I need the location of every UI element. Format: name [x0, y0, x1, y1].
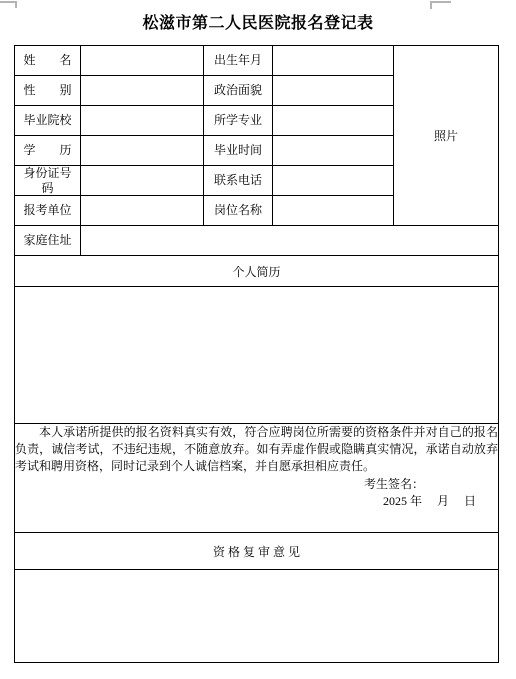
major-label: 所学专业 — [204, 106, 273, 136]
table-row: 本人承诺所提供的报名资料真实有效，符合应聘岗位所需要的资格条件并对自己的报名负责… — [15, 424, 499, 533]
education-value-cell[interactable] — [81, 136, 204, 166]
graduation-school-value-cell[interactable] — [81, 106, 204, 136]
qualification-review-input-area[interactable] — [15, 570, 499, 663]
table-row — [15, 287, 499, 424]
id-number-value-cell[interactable] — [81, 166, 204, 196]
political-status-label: 政治面貌 — [204, 76, 273, 106]
signature-date-line: 2025 年 月 日 — [15, 493, 498, 510]
application-unit-label: 报考单位 — [15, 196, 81, 226]
text-boundary-mark-left — [0, 1, 17, 8]
resume-section-header: 个人简历 — [15, 256, 499, 287]
table-row: 个人简历 — [15, 256, 499, 287]
table-row — [15, 570, 499, 663]
form-title: 松滋市第二人民医院报名登记表 — [0, 13, 516, 35]
gender-label: 性 别 — [15, 76, 81, 106]
qualification-review-header: 资 格 复 审 意 见 — [15, 533, 499, 570]
document-page: 松滋市第二人民医院报名登记表 姓 名 出生年月 照片 性 别 政治面貌 毕业院校… — [0, 0, 516, 679]
graduation-time-label: 毕业时间 — [204, 136, 273, 166]
home-address-value-cell[interactable] — [81, 226, 499, 256]
position-name-value-cell[interactable] — [273, 196, 394, 226]
position-name-label: 岗位名称 — [204, 196, 273, 226]
phone-label: 联系电话 — [204, 166, 273, 196]
birth-date-value-cell[interactable] — [273, 46, 394, 76]
application-unit-value-cell[interactable] — [81, 196, 204, 226]
resume-input-area[interactable] — [15, 287, 499, 424]
text-boundary-mark-right — [430, 1, 451, 9]
major-value-cell[interactable] — [273, 106, 394, 136]
gender-value-cell[interactable] — [81, 76, 204, 106]
table-row: 资 格 复 审 意 见 — [15, 533, 499, 570]
declaration-cell: 本人承诺所提供的报名资料真实有效，符合应聘岗位所需要的资格条件并对自己的报名负责… — [15, 424, 499, 533]
birth-date-label: 出生年月 — [204, 46, 273, 76]
home-address-label: 家庭住址 — [15, 226, 81, 256]
phone-value-cell[interactable] — [273, 166, 394, 196]
education-label: 学 历 — [15, 136, 81, 166]
name-value-cell[interactable] — [81, 46, 204, 76]
table-row: 姓 名 出生年月 照片 — [15, 46, 499, 76]
registration-form-table: 姓 名 出生年月 照片 性 别 政治面貌 毕业院校 所学专业 学 历 毕业时间 … — [14, 45, 499, 663]
id-number-label: 身份证号 码 — [15, 166, 81, 196]
graduation-school-label: 毕业院校 — [15, 106, 81, 136]
political-status-value-cell[interactable] — [273, 76, 394, 106]
candidate-signature-label: 考生签名： — [15, 476, 498, 493]
table-row: 家庭住址 — [15, 226, 499, 256]
graduation-time-value-cell[interactable] — [273, 136, 394, 166]
photo-cell[interactable]: 照片 — [394, 46, 499, 226]
declaration-text: 本人承诺所提供的报名资料真实有效，符合应聘岗位所需要的资格条件并对自己的报名负责… — [15, 424, 498, 475]
name-label: 姓 名 — [15, 46, 81, 76]
